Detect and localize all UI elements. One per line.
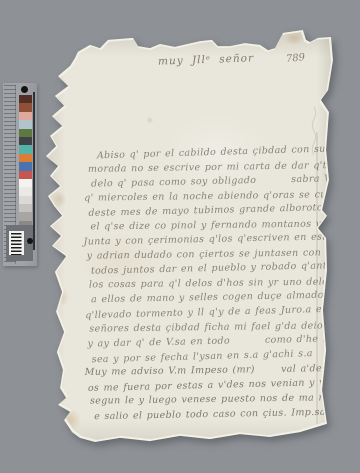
barcode-label-icon	[9, 231, 24, 255]
color-patch	[19, 154, 32, 162]
paper-surface: muy Jllᵉ señor 789 Abiso q' por el cabil…	[48, 32, 331, 440]
color-patch	[19, 95, 32, 103]
color-patch	[19, 196, 32, 204]
color-patch-column	[19, 95, 32, 229]
color-patch	[19, 103, 32, 111]
color-calibration-target	[3, 83, 37, 266]
color-patch	[19, 137, 32, 145]
photo-stage: muy Jllᵉ señor 789 Abiso q' por el cabil…	[0, 0, 360, 473]
manuscript-body: Abiso q' por el cabildo desta çibdad con…	[83, 145, 331, 424]
color-patch	[19, 171, 32, 179]
color-patch	[19, 179, 32, 187]
color-patch	[19, 120, 32, 128]
torn-paper-edge: muy Jllᵉ señor 789 Abiso q' por el cabil…	[46, 30, 333, 442]
color-patch	[19, 145, 32, 153]
manuscript-page: muy Jllᵉ señor 789 Abiso q' por el cabil…	[46, 30, 333, 442]
color-patch	[19, 204, 32, 212]
color-patch	[19, 129, 32, 137]
letter-salutation: muy Jllᵉ señor	[158, 52, 254, 67]
color-patch	[19, 212, 32, 220]
folio-number: 789	[285, 52, 305, 65]
color-patch	[19, 187, 32, 195]
strip-groove	[33, 92, 35, 250]
color-patch	[19, 162, 32, 170]
barcode-band	[6, 225, 33, 261]
color-patch	[19, 112, 32, 120]
registration-dot-top-icon	[21, 86, 28, 93]
registration-dot-bottom-icon	[27, 238, 33, 244]
